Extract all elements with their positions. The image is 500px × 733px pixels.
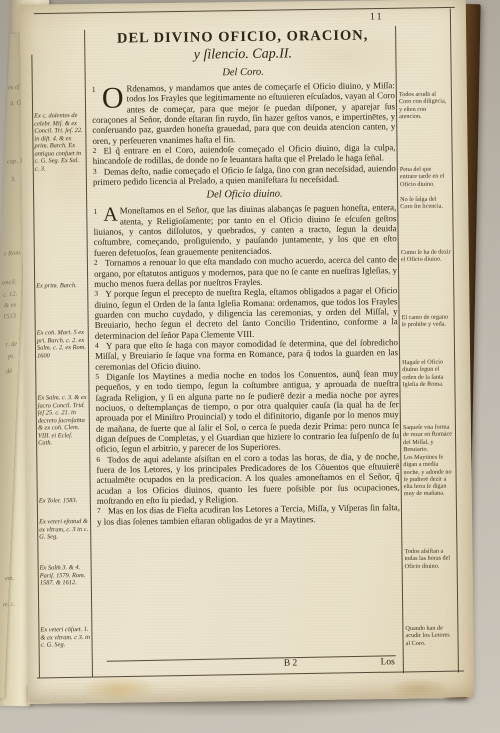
page-edge-fragment: oncil, bbox=[2, 278, 17, 286]
paragraph-number: 1 bbox=[93, 206, 103, 217]
initial-cap: A bbox=[103, 206, 120, 224]
paragraph: 1AMoneſtamos en el Señor, que las diuina… bbox=[93, 203, 397, 258]
section-heading-del-oficio-diuino: Del Oficio diuino. bbox=[93, 188, 396, 204]
margin-note-left: Ex con̄. Mart. 5 ex pri. Barch. c. 2. ex… bbox=[37, 329, 87, 360]
paragraph-text: Rdenamos, y mandamos que antes de começa… bbox=[92, 80, 395, 145]
page-edge-fragment: es eſ bbox=[8, 84, 20, 92]
margin-note-right: Todos aſsiſtan a todas las horas del Ofi… bbox=[404, 547, 454, 569]
paragraph-number: 5 bbox=[95, 372, 106, 382]
page-edge-fragment: m. c. bbox=[3, 600, 16, 608]
margin-note-right: No ſe ſalga del Coro ſin licencia. bbox=[400, 196, 450, 211]
page-edge-fragment: em. bbox=[5, 575, 15, 583]
page-number: 11 bbox=[370, 11, 384, 22]
margin-note-left: Ex Tolet. 1583. bbox=[39, 497, 89, 505]
paragraph-text: Mas en los dias de Fieſta acudiran los L… bbox=[97, 503, 400, 527]
paragraph-text: Moneſtamos en el Señor, que las diuinas … bbox=[93, 203, 396, 258]
section-heading-del-coro: Del Coro. bbox=[92, 65, 395, 81]
paragraph-text: Y para que eſto ſe haga con mayor comodi… bbox=[95, 337, 398, 371]
page-edge-fragment: 3. bbox=[11, 176, 16, 183]
paragraph-number: 3 bbox=[93, 166, 104, 176]
margin-note-right: Pena del que entrare tarde en el Oficio … bbox=[400, 166, 450, 188]
paragraph: 3Demas deſto, nadie começado el Oficio ſ… bbox=[93, 163, 396, 187]
paragraph-text: Diganſe los Maytines a media noche en to… bbox=[95, 368, 399, 454]
margin-note-right: Quando han de acudir los Letores al Coro… bbox=[405, 624, 455, 646]
margin-note-left: Ex veteri cōſuet. 1. & ex vltram. c 3. i… bbox=[40, 626, 90, 649]
catchword: Los bbox=[381, 657, 395, 667]
paragraph-number: 6 bbox=[96, 454, 107, 464]
page-edge-fragment: pt. bbox=[8, 353, 15, 361]
page-edge-fragment: & ex bbox=[4, 301, 17, 309]
margin-note-left: Ex Salm̄ 3. & 4. Pariſ. 1579. Rom. 1587.… bbox=[40, 564, 90, 587]
margin-note-left: Ex c. dolentes de celebr. Miſ. & ex Conc… bbox=[34, 112, 85, 173]
drop-cap: O bbox=[102, 83, 127, 111]
paragraph-text: Tornamos a renouar lo que eſta mandado c… bbox=[94, 254, 397, 288]
margin-note-left: Ex veteri eſtatud & ex vltram, c. 3 in c… bbox=[39, 518, 89, 541]
paragraph-text: Demas deſto, nadie começado el Oficio ſe… bbox=[93, 163, 396, 187]
margin-note-left: Ex Salm. c. 3. & ex ſacro Concil. Trid. … bbox=[38, 394, 89, 447]
paragraph: 1ORdenamos, y mandamos que antes de come… bbox=[92, 80, 396, 146]
photo-canvas: es eſ 4. G. cap. 1 3. r Rom. oncil, c. 1… bbox=[0, 0, 500, 733]
margin-note-left: Ex prim. Barch. bbox=[36, 282, 86, 290]
paragraph-text: Y porque ſegun el precepto de nueſtra Re… bbox=[94, 285, 397, 340]
paragraph-number: 4 bbox=[95, 341, 106, 351]
paragraph-number: 2 bbox=[92, 146, 103, 156]
page-edge-fragment: c. 12. bbox=[3, 290, 18, 298]
paragraph-text: Todos de aqui adelante aſsiſtan en el co… bbox=[96, 451, 399, 506]
paragraph-number: 1 bbox=[92, 84, 102, 95]
signature-mark: B 2 bbox=[284, 658, 298, 668]
margin-note-right: Los Maytines ſe digan a media noche, y a… bbox=[403, 453, 454, 497]
paragraph: 5Diganſe los Maytines a media noche en t… bbox=[95, 368, 399, 454]
page-edge-fragment: dē bbox=[6, 368, 13, 376]
paragraph: 3Y porque ſegun el precepto de nueſtra R… bbox=[94, 285, 398, 340]
paragraph: 7Mas en los dias de Fieſta acudiran los … bbox=[97, 503, 400, 527]
margin-note-right: Como ſe ha de dezir el Oficio diuino. bbox=[401, 249, 451, 264]
page-edge-fragment: t. de bbox=[6, 341, 18, 349]
paragraph: 2Tornamos a renouar lo que eſta mandado … bbox=[94, 254, 397, 289]
chapter-title: DEL DIVINO OFICIO, ORACION, bbox=[91, 26, 394, 48]
page-edge-fragment: 1513 bbox=[3, 312, 17, 320]
paragraph-number: 3 bbox=[94, 289, 105, 299]
margin-note-right: Todos acudā al Coro con diligēcia, y eſt… bbox=[399, 91, 449, 121]
margin-note-right: El canto de organo ſe prohibe y veda. bbox=[402, 313, 452, 328]
book-page: 11 DEL DIVINO OFICIO, ORACION, y ſilenci… bbox=[20, 0, 474, 703]
paragraph: 4Y para que eſto ſe haga con mayor comod… bbox=[95, 337, 398, 372]
margin-note-right: Saqueſe vna forma de rezar en Romāce del… bbox=[403, 423, 453, 453]
paragraph-number: 2 bbox=[94, 258, 105, 268]
main-text-column: DEL DIVINO OFICIO, ORACION, y ſilencio. … bbox=[91, 26, 402, 660]
margin-note-right: Hagaſe el Oficio diuino ſegun el orden d… bbox=[402, 358, 452, 388]
paragraph: 6Todos de aqui adelante aſsiſtan en el c… bbox=[96, 451, 400, 506]
paragraph-number: 7 bbox=[97, 506, 108, 516]
chapter-subtitle: y ſilencio. Cap.II. bbox=[91, 45, 394, 65]
